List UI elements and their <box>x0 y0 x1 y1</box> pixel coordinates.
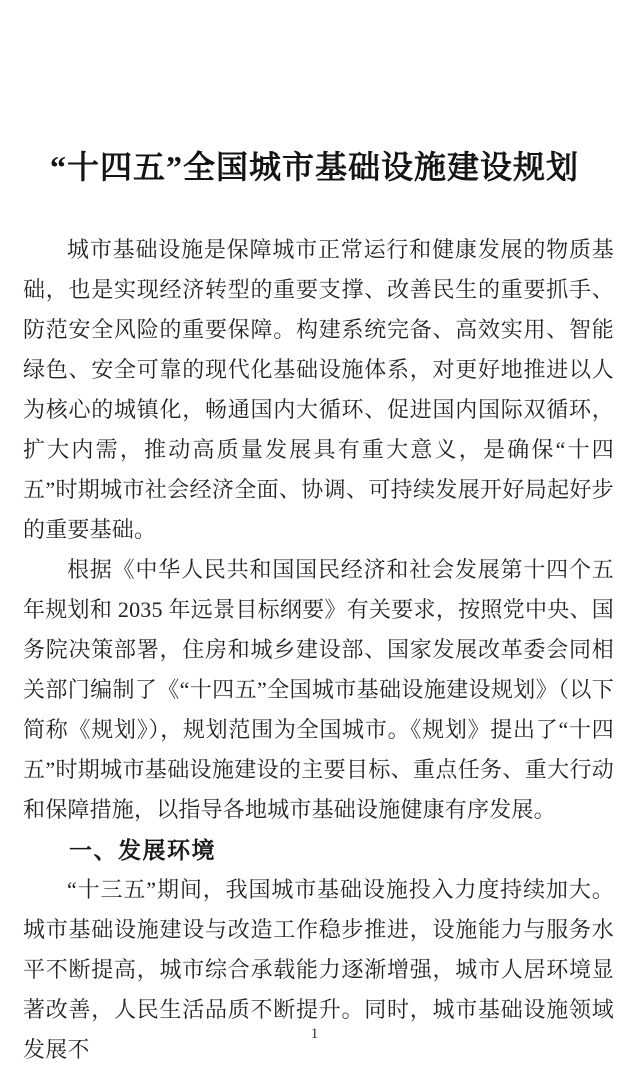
intro-paragraph-2: 根据《中华人民共和国国民经济和社会发展第十四个五年规划和 2035 年远景目标纲… <box>0 550 629 830</box>
intro-paragraph-1: 城市基础设施是保障城市正常运行和健康发展的物质基础，也是实现经济转型的重要支撑、… <box>0 230 629 550</box>
section-heading-development-environment: 一、发展环境 <box>0 830 629 870</box>
document-page: “十四五”全国城市基础设施建设规划 城市基础设施是保障城市正常运行和健康发展的物… <box>0 0 629 1079</box>
document-title: “十四五”全国城市基础设施建设规划 <box>18 146 611 188</box>
page-number: 1 <box>0 1027 629 1042</box>
